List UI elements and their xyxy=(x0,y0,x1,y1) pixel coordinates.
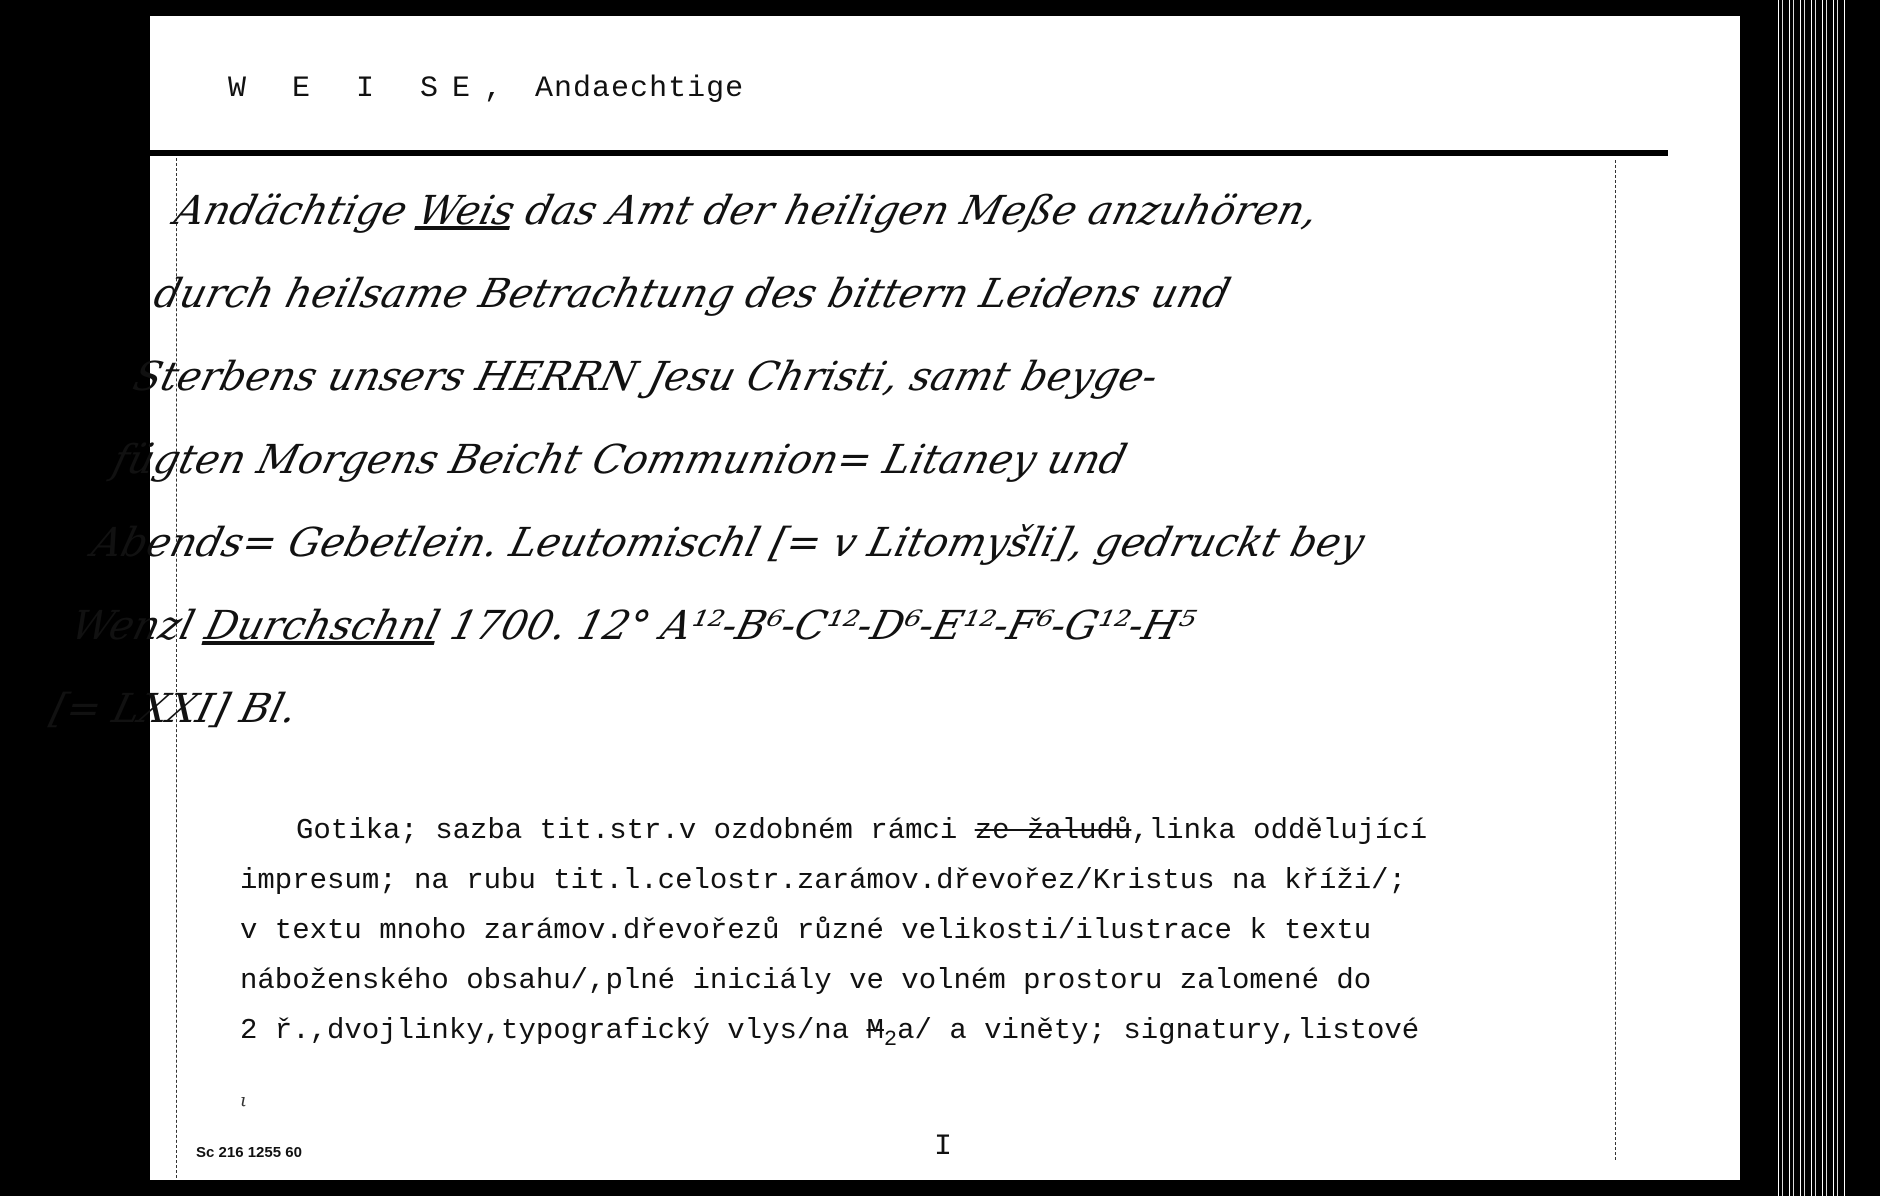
handwritten-title: Andächtige Weis das Amt der heiligen Meß… xyxy=(41,170,1606,751)
handwritten-line: Sterbens unsers HERRN Jesu Christi, samt… xyxy=(124,336,1565,419)
form-code: Sc 216 1255 60 xyxy=(196,1144,302,1161)
author-name: W E I SE, xyxy=(228,72,516,106)
typed-line: 2 ř.,dvojlinky,typografický vlys/na M2a/… xyxy=(240,1006,1620,1065)
typed-line: v textu mnoho zarámov.dřevořezů různé ve… xyxy=(240,906,1620,956)
typed-line: náboženského obsahu/,plné iniciály ve vo… xyxy=(240,956,1620,1006)
scan-edge-strip xyxy=(1775,0,1845,1196)
title-keyword: Andaechtige xyxy=(535,72,744,106)
handwritten-line: [= LXXI] Bl. xyxy=(41,668,1482,751)
handwritten-line: Wenzl Durchschnl 1700. 12° A¹²-B⁶-C¹²-D⁶… xyxy=(62,585,1503,668)
typed-line: Gotika; sazba tit.str.v ozdobném rámci z… xyxy=(240,806,1620,856)
stray-mark: ι xyxy=(240,1090,247,1111)
handwritten-line: fügten Morgens Beicht Communion= Litaney… xyxy=(103,419,1544,502)
typed-line: impresum; na rubu tit.l.celostr.zarámov.… xyxy=(240,856,1620,906)
page-number: I xyxy=(934,1130,952,1164)
heading-rule xyxy=(150,150,1668,156)
handwritten-line: Andächtige Weis das Amt der heiligen Meß… xyxy=(165,170,1606,253)
handwritten-line: durch heilsame Betrachtung des bittern L… xyxy=(145,253,1586,336)
typed-description: Gotika; sazba tit.str.v ozdobném rámci z… xyxy=(240,806,1620,1065)
handwritten-line: Abends= Gebetlein. Leutomischl [= v Lito… xyxy=(83,502,1524,585)
card-heading: W E I SE, Andaechtige xyxy=(228,72,744,106)
